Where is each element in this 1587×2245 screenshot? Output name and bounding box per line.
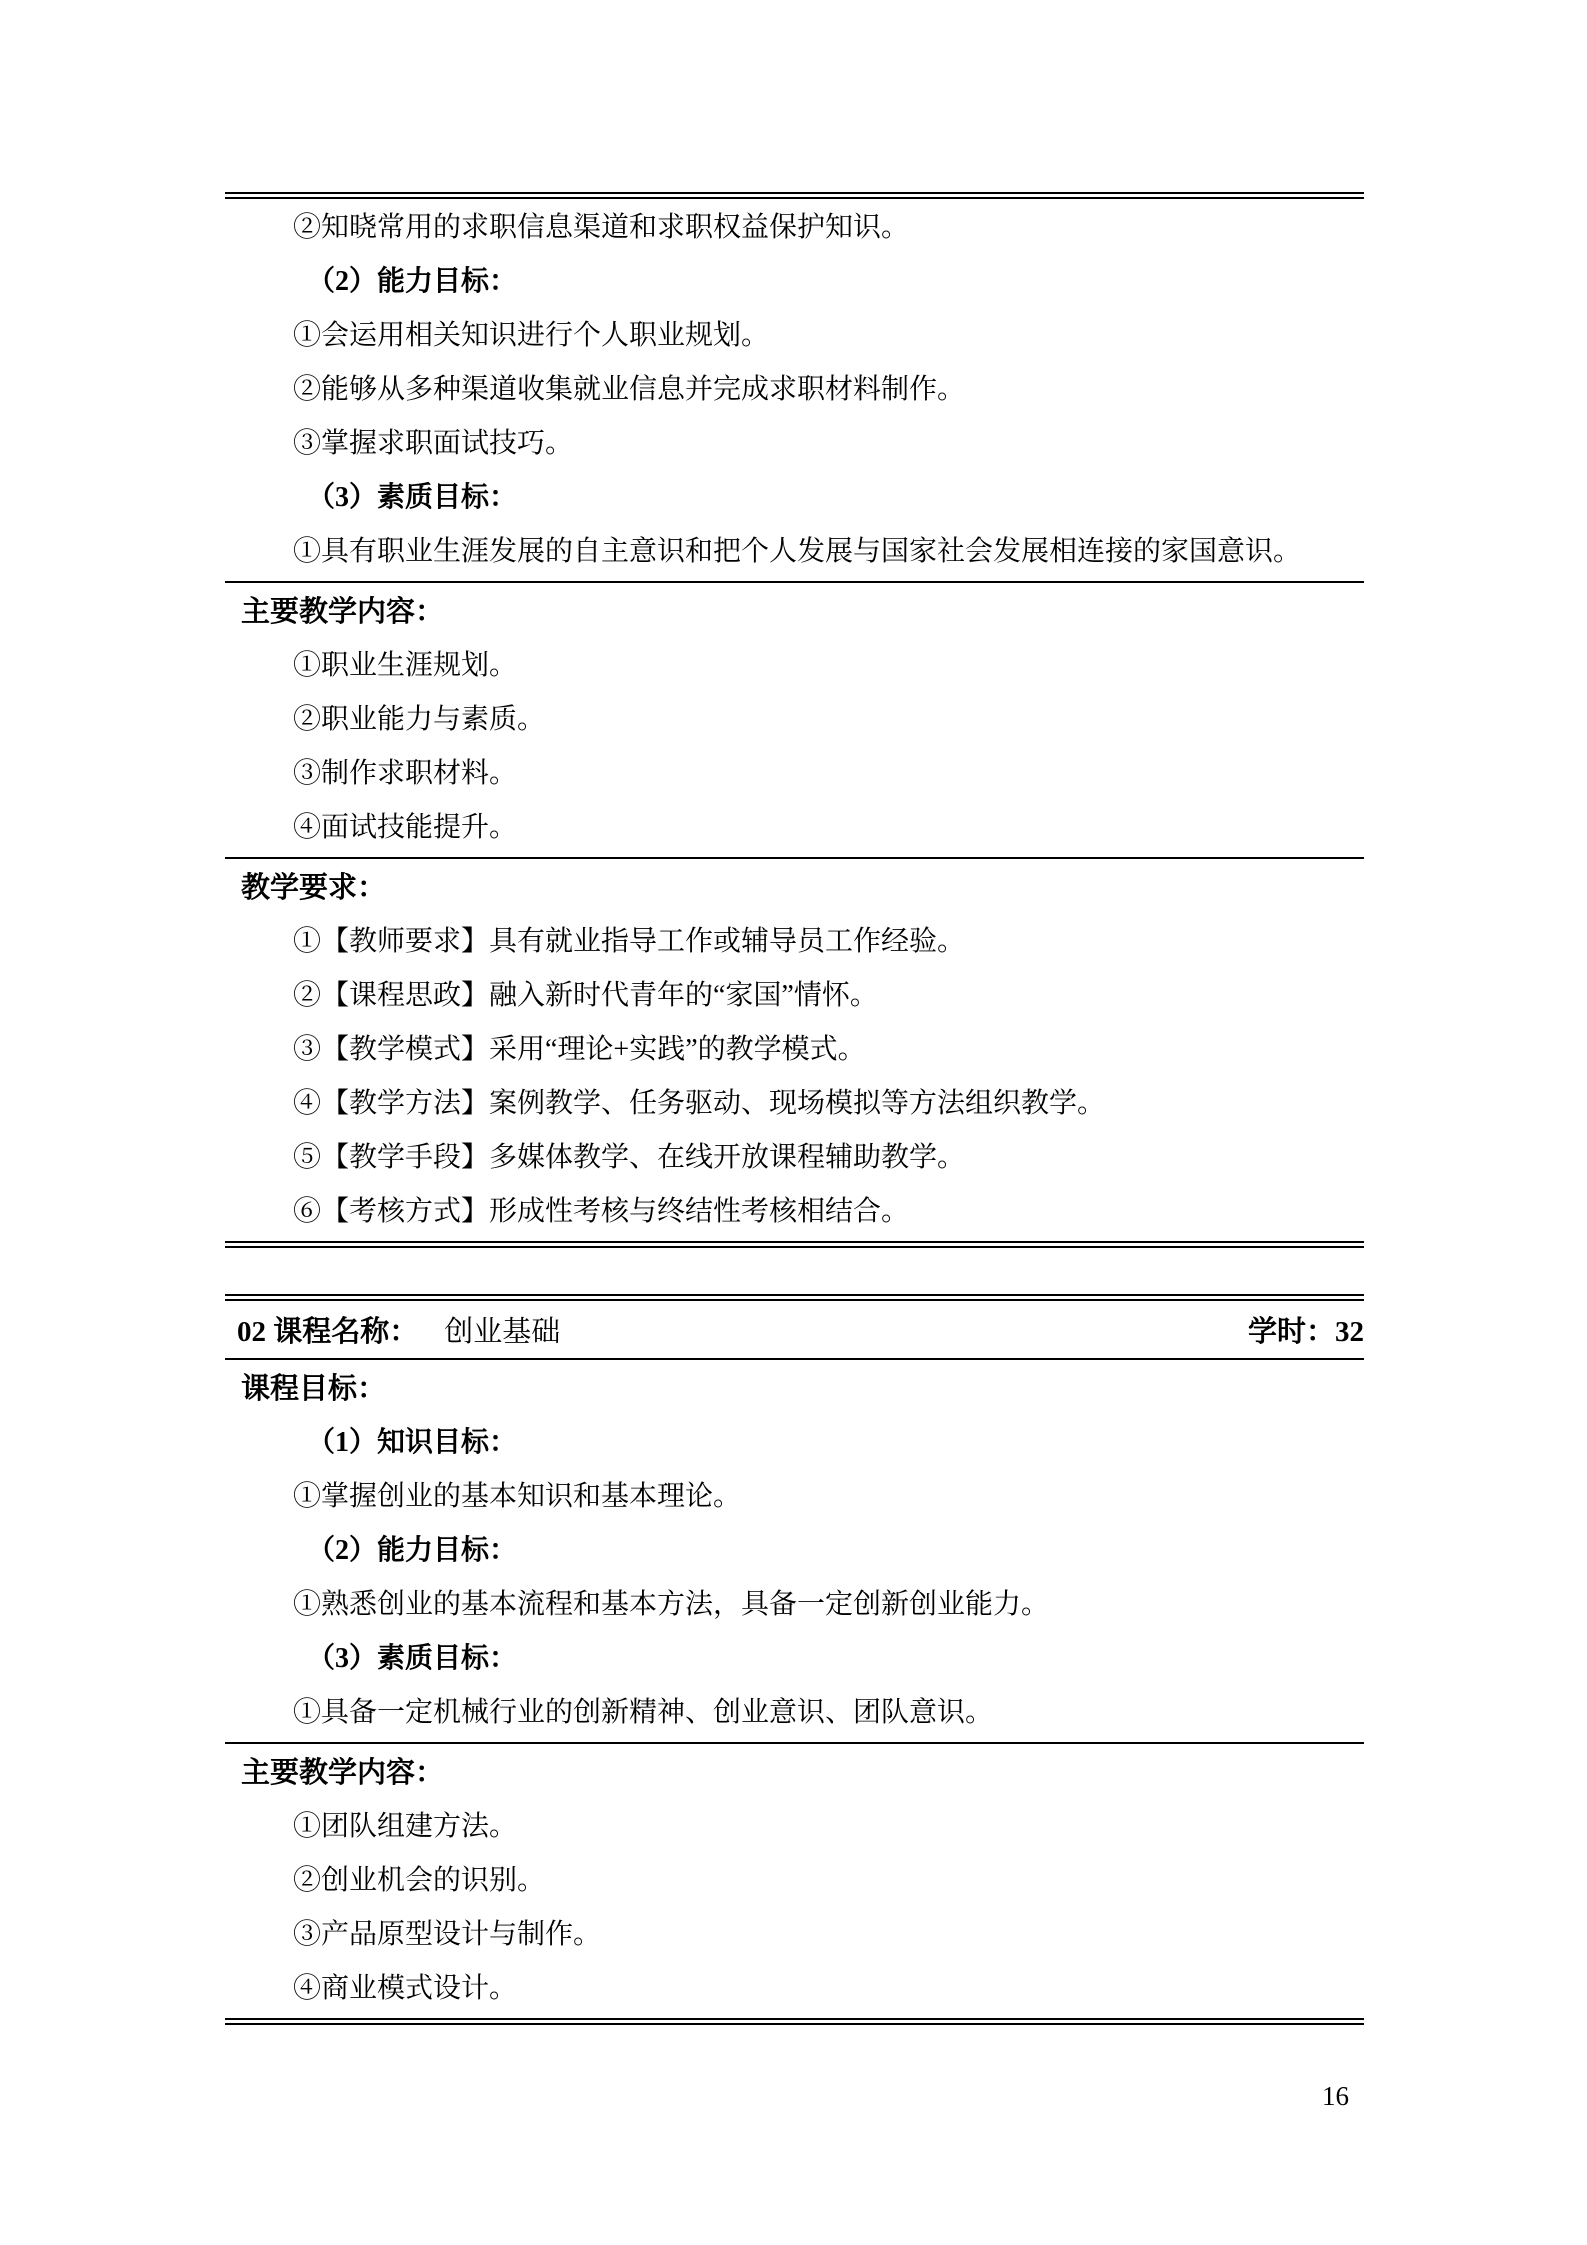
- text-line: ④面试技能提升。: [225, 801, 1364, 855]
- text-line: ②创业机会的识别。: [225, 1854, 1364, 1908]
- text-line: ⑥【考核方式】形成性考核与终结性考核相结合。: [225, 1185, 1364, 1239]
- text-line: ②知晓常用的求职信息渠道和求职权益保护知识。: [225, 201, 1364, 255]
- text-line: ②【课程思政】融入新时代青年的“家国”情怀。: [225, 969, 1364, 1023]
- table-bottom-border: [225, 1241, 1364, 1248]
- text-line: ③制作求职材料。: [225, 747, 1364, 801]
- document-content: ②知晓常用的求职信息渠道和求职权益保护知识。 （2）能力目标： ①会运用相关知识…: [225, 0, 1364, 2025]
- top-margin: [225, 0, 1364, 192]
- text-line: ①会运用相关知识进行个人职业规划。: [225, 309, 1364, 363]
- table-top-border: [225, 1294, 1364, 1301]
- text-line: ①职业生涯规划。: [225, 639, 1364, 693]
- objective-subheading: （2）能力目标：: [225, 255, 1364, 309]
- course-01-table: ②知晓常用的求职信息渠道和求职权益保护知识。 （2）能力目标： ①会运用相关知识…: [225, 192, 1364, 1248]
- text-line: ③【教学模式】采用“理论+实践”的教学模式。: [225, 1023, 1364, 1077]
- page-number: 16: [1322, 2080, 1349, 2112]
- text-line: ①熟悉创业的基本流程和基本方法，具备一定创新创业能力。: [225, 1578, 1364, 1632]
- table-top-border: [225, 192, 1364, 199]
- table-gap: [225, 1248, 1364, 1294]
- course-title: 02 课程名称：创业基础: [237, 1309, 560, 1350]
- course-01-teaching-requirements-row: 教学要求： ①【教师要求】具有就业指导工作或辅导员工作经验。 ②【课程思政】融入…: [225, 859, 1364, 1241]
- objective-subheading: （2）能力目标：: [225, 1524, 1364, 1578]
- text-line: ①【教师要求】具有就业指导工作或辅导员工作经验。: [225, 915, 1364, 969]
- text-line: ③产品原型设计与制作。: [225, 1908, 1364, 1962]
- text-line: ①掌握创业的基本知识和基本理论。: [225, 1470, 1364, 1524]
- text-line: ①具有职业生涯发展的自主意识和把个人发展与国家社会发展相连接的家国意识。: [225, 525, 1364, 579]
- objective-subheading: （3）素质目标：: [225, 471, 1364, 525]
- course-01-objectives-row: ②知晓常用的求职信息渠道和求职权益保护知识。 （2）能力目标： ①会运用相关知识…: [225, 199, 1364, 581]
- course-02-header-row: 02 课程名称：创业基础 学时：32: [225, 1301, 1364, 1358]
- objective-subheading: （3）素质目标：: [225, 1632, 1364, 1686]
- table-bottom-border: [225, 2018, 1364, 2025]
- text-line: ④商业模式设计。: [225, 1962, 1364, 2016]
- course-02-teaching-content-row: 主要教学内容： ①团队组建方法。 ②创业机会的识别。 ③产品原型设计与制作。 ④…: [225, 1744, 1364, 2018]
- text-line: ⑤【教学手段】多媒体教学、在线开放课程辅助教学。: [225, 1131, 1364, 1185]
- course-02-table: 02 课程名称：创业基础 学时：32 课程目标： （1）知识目标： ①掌握创业的…: [225, 1294, 1364, 2025]
- text-line: ①具备一定机械行业的创新精神、创业意识、团队意识。: [225, 1686, 1364, 1740]
- text-line: ④【教学方法】案例教学、任务驱动、现场模拟等方法组织教学。: [225, 1077, 1364, 1131]
- text-line: ③掌握求职面试技巧。: [225, 417, 1364, 471]
- section-title: 教学要求：: [225, 861, 1364, 915]
- section-title: 主要教学内容：: [225, 1746, 1364, 1800]
- section-title: 课程目标：: [225, 1362, 1364, 1416]
- objective-subheading: （1）知识目标：: [225, 1416, 1364, 1470]
- text-line: ①团队组建方法。: [225, 1800, 1364, 1854]
- document-page: ②知晓常用的求职信息渠道和求职权益保护知识。 （2）能力目标： ①会运用相关知识…: [0, 0, 1587, 2245]
- course-02-objectives-row: 课程目标： （1）知识目标： ①掌握创业的基本知识和基本理论。 （2）能力目标：…: [225, 1360, 1364, 1742]
- course-name: 创业基础: [444, 1316, 560, 1348]
- course-number-label: 02 课程名称：: [237, 1316, 418, 1348]
- course-01-teaching-content-row: 主要教学内容： ①职业生涯规划。 ②职业能力与素质。 ③制作求职材料。 ④面试技…: [225, 583, 1364, 857]
- section-title: 主要教学内容：: [225, 585, 1364, 639]
- text-line: ②职业能力与素质。: [225, 693, 1364, 747]
- text-line: ②能够从多种渠道收集就业信息并完成求职材料制作。: [225, 363, 1364, 417]
- course-hours: 学时：32: [1248, 1309, 1364, 1350]
